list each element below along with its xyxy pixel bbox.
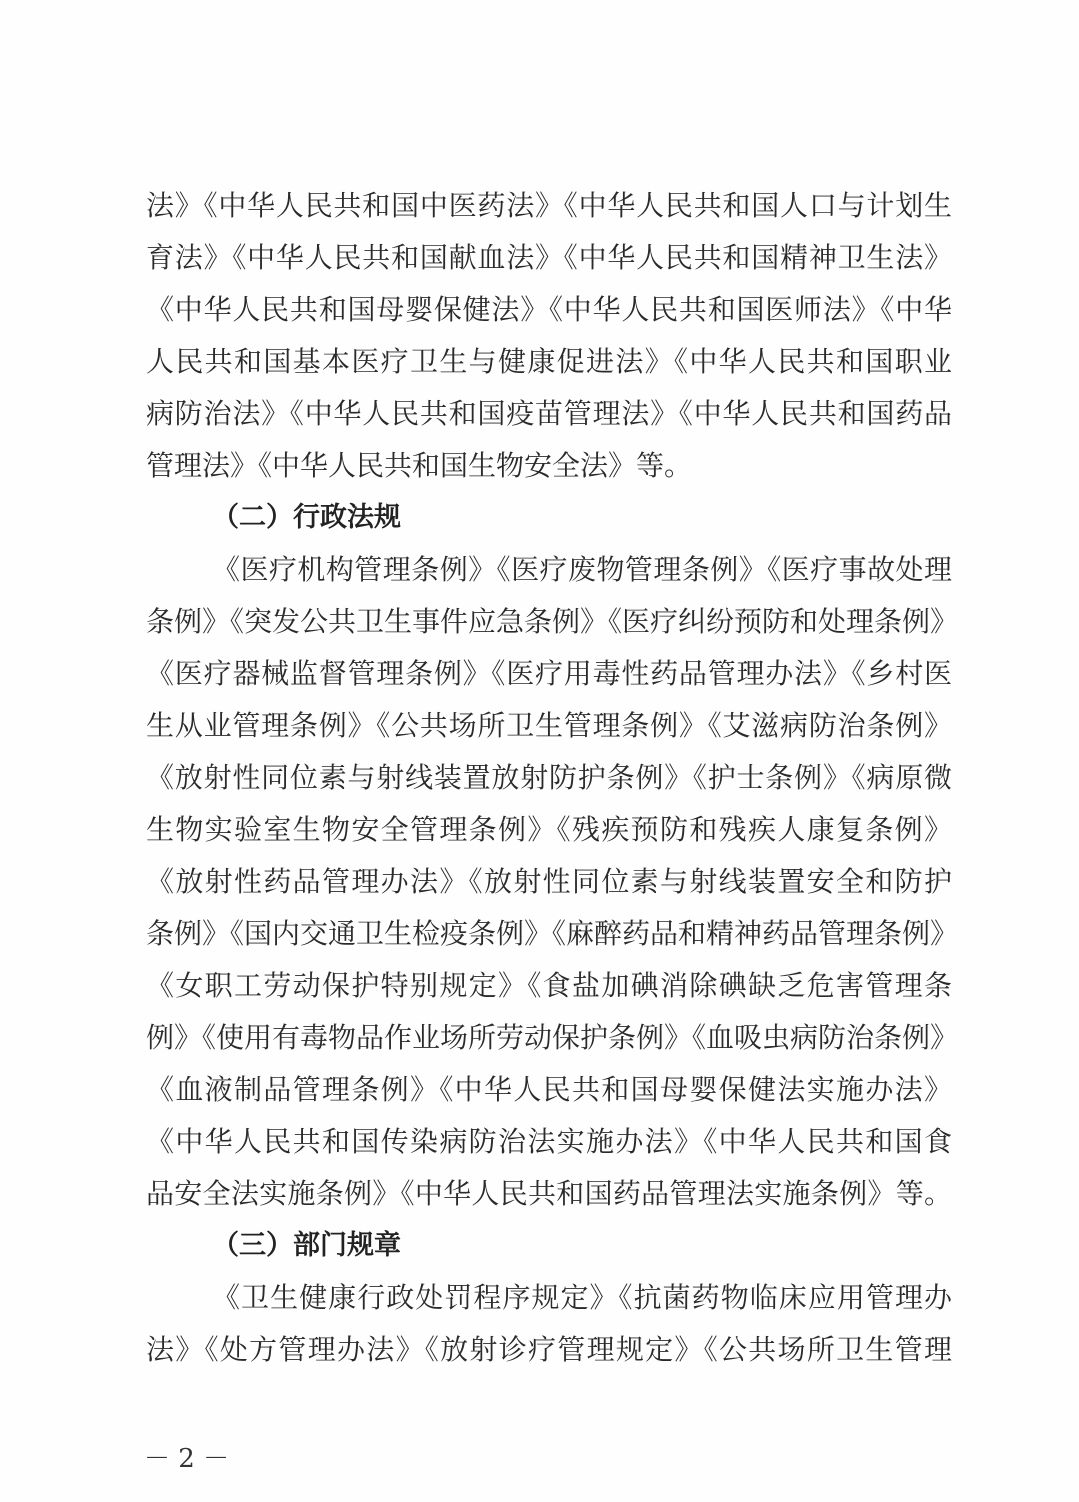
document-page: 法》《中华人民共和国中医药法》《中华人民共和国人口与计划生 育法》《中华人民共和… <box>0 0 1079 1502</box>
regulations-line-13: 品安全法实施条例》《中华人民共和国药品管理法实施条例》等。 <box>146 1174 952 1214</box>
regulations-line-9: 《女职工劳动保护特别规定》《食盐加碘消除碘缺乏危害管理条 <box>146 966 952 1006</box>
regulations-line-1: 《医疗机构管理条例》《医疗废物管理条例》《医疗事故处理 <box>212 550 952 590</box>
rules-line-2: 法》《处方管理办法》《放射诊疗管理规定》《公共场所卫生管理 <box>146 1330 952 1370</box>
regulations-line-7: 《放射性药品管理办法》《放射性同位素与射线装置安全和防护 <box>146 862 952 902</box>
section-heading-departmental-rules: （三）部门规章 <box>212 1226 401 1266</box>
laws-line-5: 病防治法》《中华人民共和国疫苗管理法》《中华人民共和国药品 <box>146 394 952 434</box>
regulations-line-2: 条例》《突发公共卫生事件应急条例》《医疗纠纷预防和处理条例》 <box>146 602 952 642</box>
regulations-line-4: 生从业管理条例》《公共场所卫生管理条例》《艾滋病防治条例》 <box>146 706 952 746</box>
regulations-line-3: 《医疗器械监督管理条例》《医疗用毒性药品管理办法》《乡村医 <box>146 654 952 694</box>
laws-line-2: 育法》《中华人民共和国献血法》《中华人民共和国精神卫生法》 <box>146 238 952 278</box>
regulations-line-10: 例》《使用有毒物品作业场所劳动保护条例》《血吸虫病防治条例》 <box>146 1018 952 1058</box>
laws-line-1: 法》《中华人民共和国中医药法》《中华人民共和国人口与计划生 <box>146 186 952 226</box>
regulations-line-11: 《血液制品管理条例》《中华人民共和国母婴保健法实施办法》 <box>146 1070 952 1110</box>
regulations-line-12: 《中华人民共和国传染病防治法实施办法》《中华人民共和国食 <box>146 1122 952 1162</box>
page-number: － 2 － <box>144 1438 229 1475</box>
section-heading-administrative-regulations: （二）行政法规 <box>212 498 401 538</box>
laws-line-3: 《中华人民共和国母婴保健法》《中华人民共和国医师法》《中华 <box>146 290 952 330</box>
laws-line-4: 人民共和国基本医疗卫生与健康促进法》《中华人民共和国职业 <box>146 342 952 382</box>
regulations-line-8: 条例》《国内交通卫生检疫条例》《麻醉药品和精神药品管理条例》 <box>146 914 952 954</box>
regulations-line-6: 生物实验室生物安全管理条例》《残疾预防和残疾人康复条例》 <box>146 810 952 850</box>
laws-line-6: 管理法》《中华人民共和国生物安全法》等。 <box>146 446 692 486</box>
rules-line-1: 《卫生健康行政处罚程序规定》《抗菌药物临床应用管理办 <box>212 1278 952 1318</box>
regulations-line-5: 《放射性同位素与射线装置放射防护条例》《护士条例》《病原微 <box>146 758 952 798</box>
